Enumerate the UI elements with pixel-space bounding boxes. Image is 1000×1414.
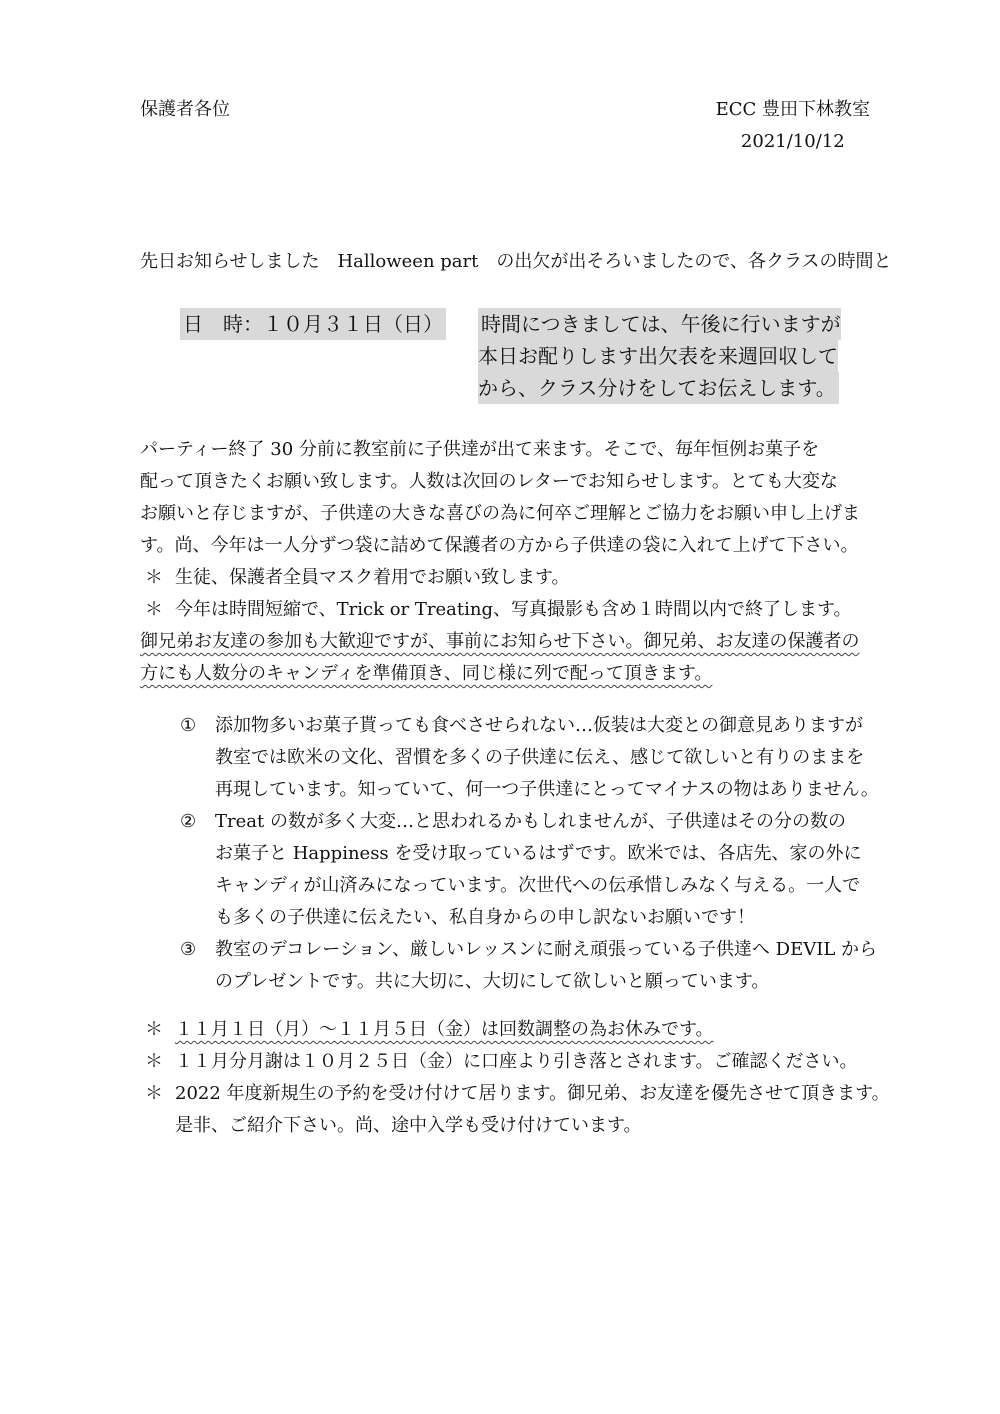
footer-note-text: １１月１日（月）～１１月５日（金）は回数調整の為お休みです。	[175, 1014, 870, 1046]
numbered-item-1: ① 添加物多いお菓子貰っても食べさせられない…仮装は大変との御意見ありますが 教…	[140, 710, 870, 806]
asterisk-marker: ＊	[145, 594, 175, 626]
footer-note-holiday-text: １１月１日（月）～１１月５日（金）は回数調整の為お休みです。	[175, 1019, 714, 1040]
body-paragraph: パーティー終了 30 分前に教室前に子供達が出て来ます。そこで、毎年恒例お菓子を…	[140, 434, 870, 562]
numbered-item-2: ② Treat の数が多く大変…と思われるかもしれませんが、子供達はその分の数の…	[140, 806, 870, 934]
asterisk-marker: ＊	[145, 1014, 175, 1046]
note-text: 生徒、保護者全員マスク着用でお願い致します。	[175, 562, 870, 594]
schedule-datetime-text: 日 時：１０月３１日（日）	[180, 308, 446, 340]
numbered-item-text: 教室のデコレーション、厳しいレッスンに耐え頑張っている子供達へ DEVIL から…	[215, 934, 877, 998]
asterisk-marker: ＊	[145, 562, 175, 594]
footer-note-holiday: ＊ １１月１日（月）～１１月５日（金）は回数調整の為お休みです。	[140, 1014, 870, 1046]
footer-note-text: 2022 年度新規生の予約を受け付けて居ります。御兄弟、お友達を優先させて頂きま…	[175, 1078, 890, 1142]
letter-page: 保護者各位 ECC 豊田下林教室 2021/10/12 先日お知らせしました H…	[0, 0, 1000, 1414]
footer-notes: ＊ １１月１日（月）～１１月５日（金）は回数調整の為お休みです。 ＊ １１月分月…	[140, 1014, 870, 1142]
circled-number-3: ③	[180, 934, 215, 998]
underlined-note: 御兄弟お友達の参加も大歓迎ですが、事前にお知らせ下さい。御兄弟、お友達の保護者の…	[140, 626, 870, 690]
header-right: ECC 豊田下林教室 2021/10/12	[716, 94, 870, 158]
header-school-name: ECC 豊田下林教室	[716, 94, 870, 126]
footer-note-tuition: ＊ １１月分月謝は１０月２５日（金）に口座より引き落とされます。ご確認ください。	[140, 1046, 870, 1078]
numbered-item-3: ③ 教室のデコレーション、厳しいレッスンに耐え頑張っている子供達へ DEVIL …	[140, 934, 870, 998]
body-block: パーティー終了 30 分前に教室前に子供達が出て来ます。そこで、毎年恒例お菓子を…	[140, 434, 870, 690]
schedule-note-text: 時間につきましては、午後に行いますが 本日お配りします出欠表を来週回収して から…	[478, 308, 841, 404]
header: 保護者各位 ECC 豊田下林教室 2021/10/12	[140, 94, 870, 158]
intro-paragraph: 先日お知らせしました Halloween part の出欠が出そろいましたので、…	[140, 246, 870, 278]
numbered-item-text: Treat の数が多く大変…と思われるかもしれませんが、子供達はその分の数の お…	[215, 806, 870, 934]
numbered-item-text: 添加物多いお菓子貰っても食べさせられない…仮装は大変との御意見ありますが 教室で…	[215, 710, 879, 806]
footer-note-text: １１月分月謝は１０月２５日（金）に口座より引き落とされます。ご確認ください。	[175, 1046, 870, 1078]
header-date: 2021/10/12	[716, 126, 870, 158]
schedule-note: 時間につきましては、午後に行いますが 本日お配りします出欠表を来週回収して から…	[478, 308, 841, 404]
asterisk-marker: ＊	[145, 1078, 175, 1142]
circled-number-2: ②	[180, 806, 215, 934]
circled-number-1: ①	[180, 710, 215, 806]
asterisk-marker: ＊	[145, 1046, 175, 1078]
schedule-block: 日 時：１０月３１日（日） 時間につきましては、午後に行いますが 本日お配りしま…	[180, 308, 870, 404]
underlined-note-text: 御兄弟お友達の参加も大歓迎ですが、事前にお知らせ下さい。御兄弟、お友達の保護者の…	[140, 631, 859, 684]
header-recipient: 保護者各位	[140, 94, 230, 126]
footer-note-enrollment: ＊ 2022 年度新規生の予約を受け付けて居ります。御兄弟、お友達を優先させて頂…	[140, 1078, 870, 1142]
note-item-mask: ＊ 生徒、保護者全員マスク着用でお願い致します。	[140, 562, 870, 594]
numbered-list: ① 添加物多いお菓子貰っても食べさせられない…仮装は大変との御意見ありますが 教…	[140, 710, 870, 998]
note-item-duration: ＊ 今年は時間短縮で、Trick or Treating、写真撮影も含め１時間以…	[140, 594, 870, 626]
schedule-datetime: 日 時：１０月３１日（日）	[180, 308, 446, 340]
note-text: 今年は時間短縮で、Trick or Treating、写真撮影も含め１時間以内で…	[175, 594, 870, 626]
